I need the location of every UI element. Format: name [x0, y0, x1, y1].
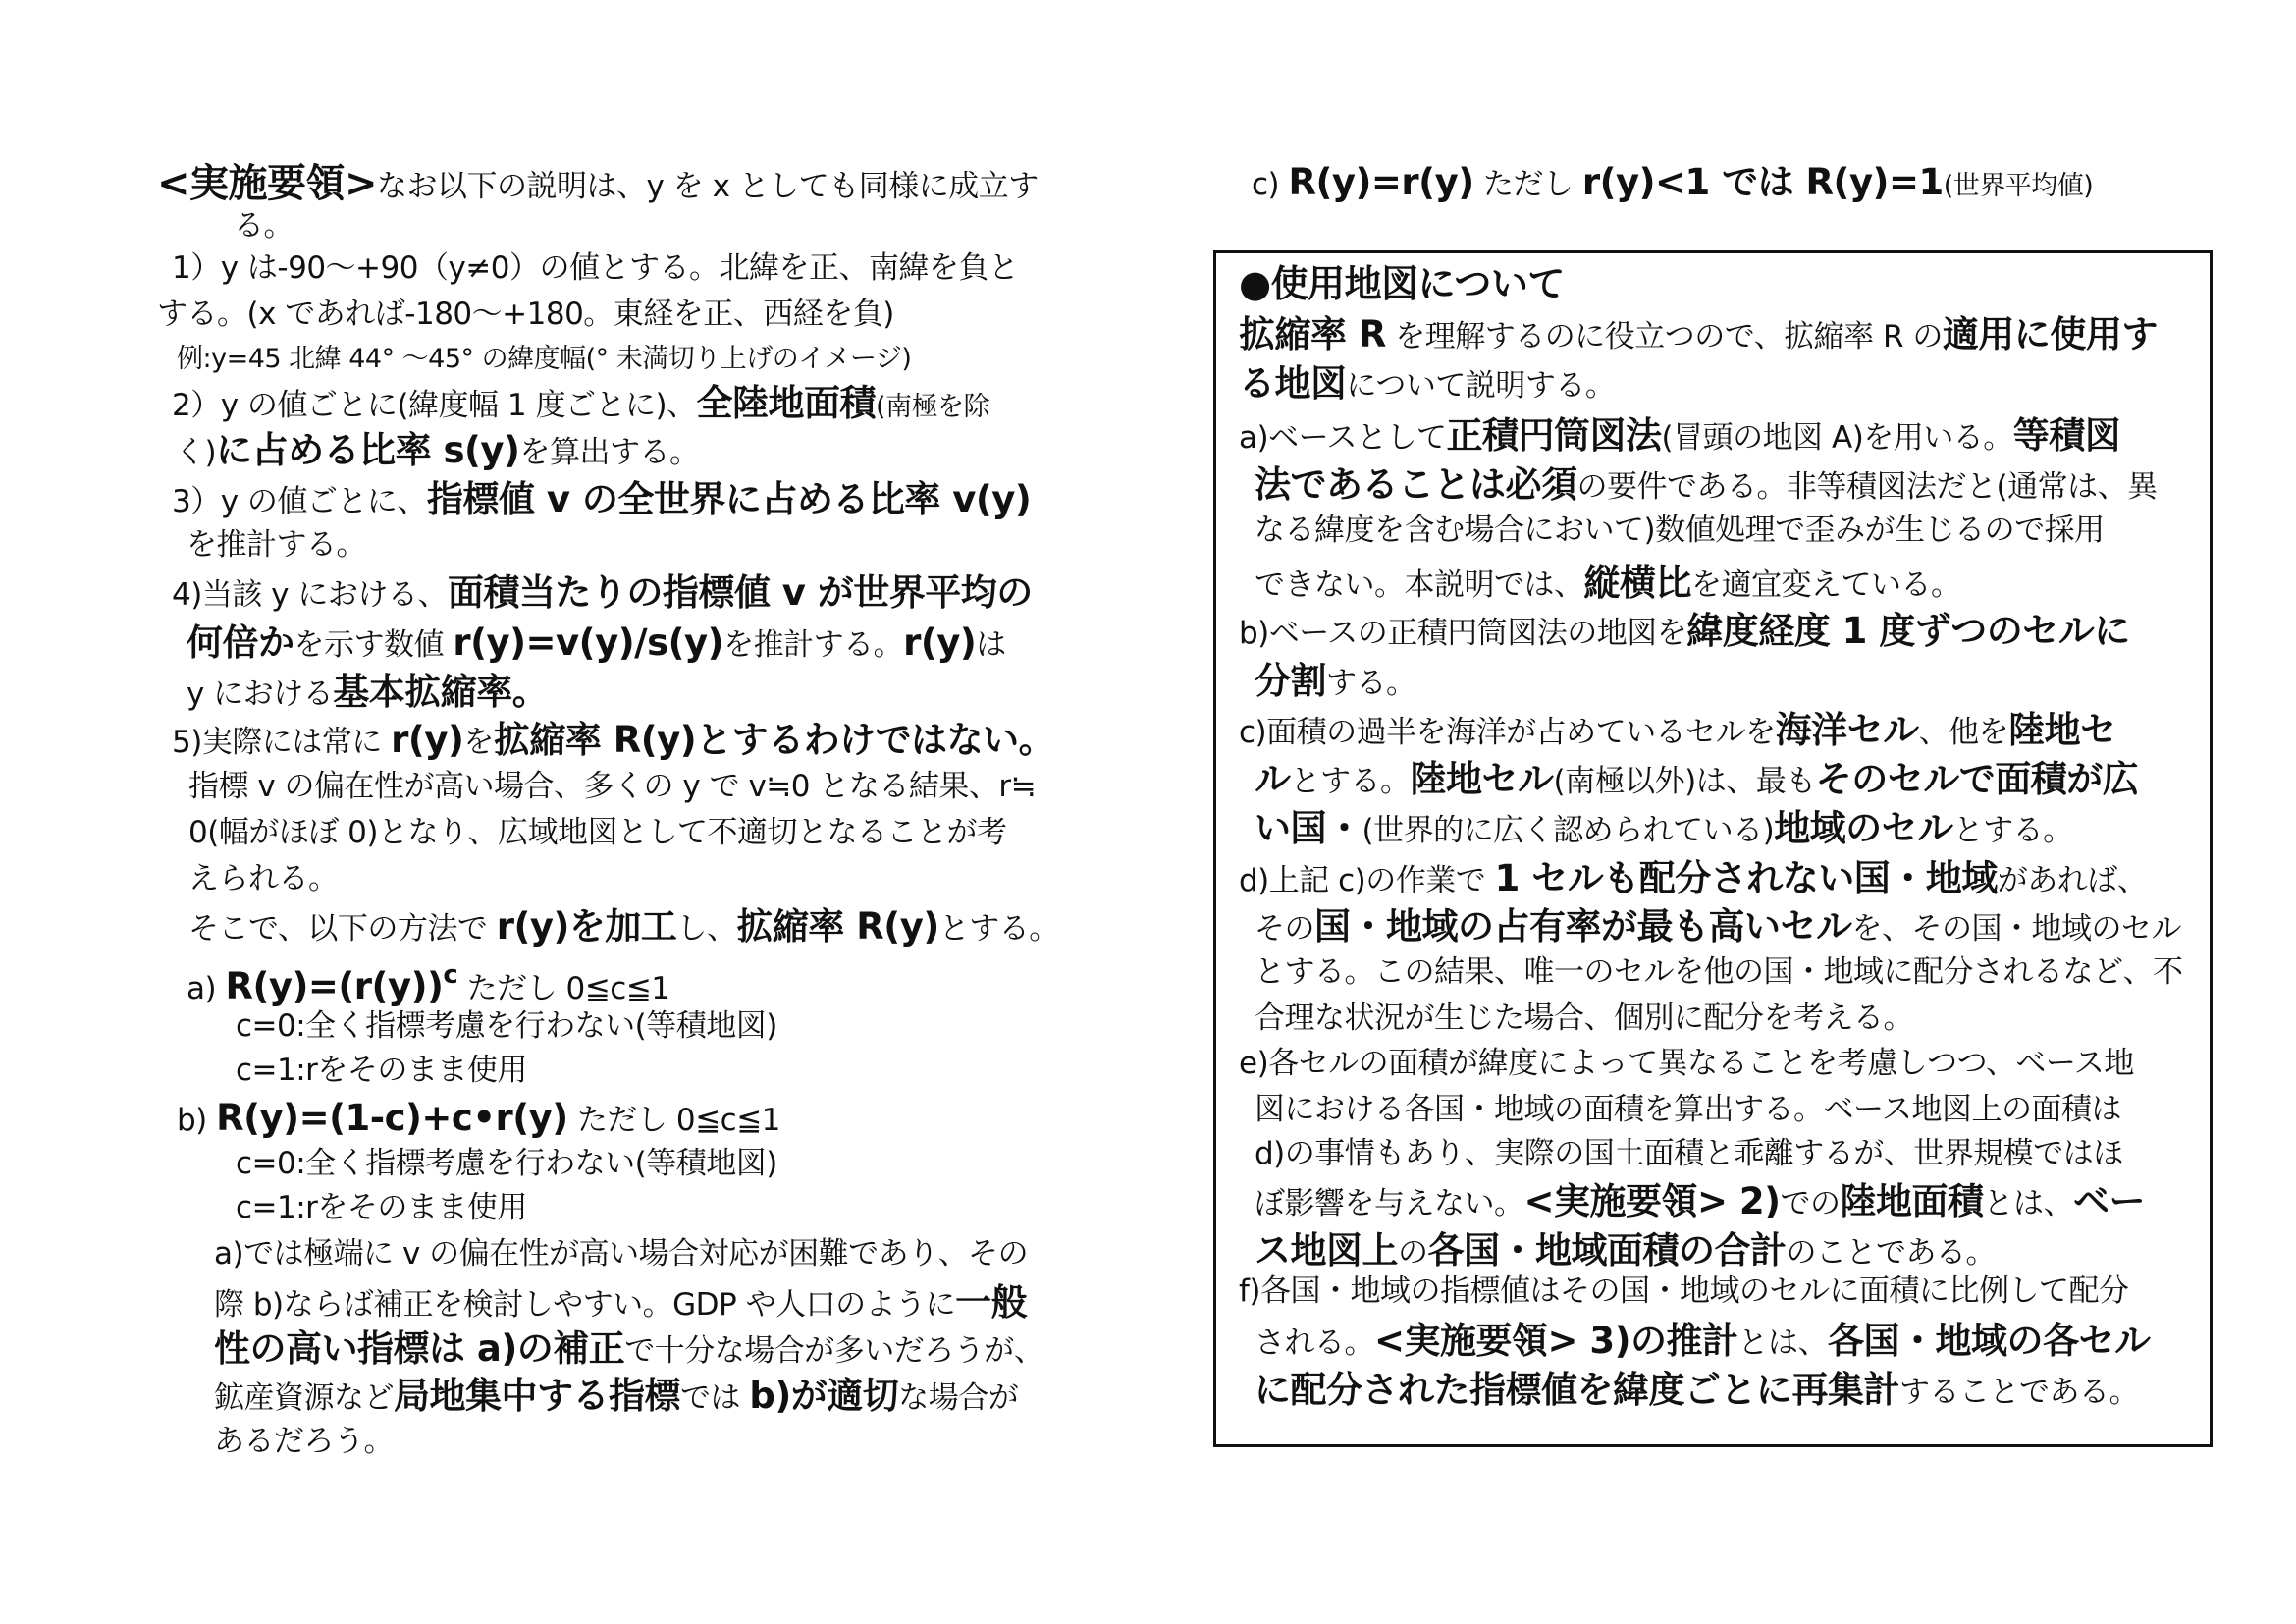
text-segment: 指標 v の偏在性が高い場合、多くの y で v≒0 となる結果、r≒	[188, 769, 1036, 804]
text-line: a)ベースとして正積円筒図法(冒頭の地図 A)を用いる。等積図	[1239, 417, 2120, 454]
emphasis-segment: 縦横比	[1584, 562, 1692, 604]
document-page: <実施要領>なお以下の説明は、y を x としても同様に成立する。1）y は-9…	[0, 0, 2296, 1624]
text-segment: あるだろう。	[214, 1424, 394, 1459]
text-segment: について説明する。	[1347, 368, 1616, 404]
text-line: その国・地域の占有率が最も高いセルを、その国・地域のセル	[1255, 908, 2181, 945]
text-line: とする。この結果、唯一のセルを他の国・地域に配分されるなど、不	[1255, 957, 2183, 988]
text-segment: 合理な状況が生じた場合、個別に配分を考える。	[1255, 1001, 1913, 1036]
text-line: する。(x であれば-180～+180。東経を正、西経を負)	[157, 299, 894, 330]
text-segment: (南極以外)は、最も	[1554, 764, 1816, 799]
text-line: く)に占める比率 s(y)を算出する。	[175, 432, 699, 468]
emphasis-segment: 各国・地域面積の合計	[1428, 1229, 1787, 1272]
text-segment: があれば、	[1998, 863, 2148, 898]
emphasis-segment: <実施要領> 3)の推計	[1374, 1320, 1738, 1362]
text-segment: を適宜変えている。	[1691, 568, 1961, 603]
map-usage-heading: ●使用地図について	[1239, 265, 1565, 302]
text-line: る。	[234, 211, 294, 242]
text-line: できない。本説明では、縦横比を適宜変えている。	[1255, 565, 1961, 601]
text-line: d)の事情もあり、実際の国土面積と乖離するが、世界規模ではほ	[1255, 1139, 2123, 1169]
emphasis-segment: 国・地域の占有率が最も高いセル	[1314, 905, 1852, 947]
text-line: 拡縮率 R を理解するのに役立つので、拡縮率 R の適用に使用す	[1239, 316, 2158, 352]
text-segment: する。	[1326, 666, 1416, 701]
text-segment: を	[463, 725, 494, 760]
emphasis-segment: 面積当たりの指標値 v が世界平均の	[448, 571, 1033, 614]
emphasis-segment: そのセルで面積が広	[1816, 758, 2139, 800]
text-segment: する。(x であれば-180～+180。東経を正、西経を負)	[157, 297, 894, 332]
text-line: 2）y の値ごとに(緯度幅 1 度ごとに)、全陸地面積(南極を除	[172, 385, 989, 421]
text-segment: の	[1398, 1235, 1428, 1271]
text-line: い国・(世界的に広く認められている)地域のセルとする。	[1255, 810, 2073, 846]
text-segment: できない。本説明では、	[1255, 568, 1584, 603]
text-segment: (世界平均値)	[1944, 171, 2094, 201]
text-line: ス地図上の各国・地域面積の合計のことである。	[1255, 1232, 1996, 1269]
text-segment: 3）y の値ごとに、	[172, 484, 427, 519]
text-segment: 0(幅がほぼ 0)となり、広域地図として不適切となることが考	[188, 815, 1007, 850]
text-segment: ただし 0≦c≦1	[457, 971, 669, 1006]
text-line: ぼ影響を与えない。<実施要領> 2)での陸地面積とは、ベー	[1255, 1183, 2145, 1219]
text-segment: a)ベースとして	[1239, 420, 1447, 456]
text-line: <実施要領>なお以下の説明は、y を x としても同様に成立す	[157, 164, 1039, 203]
emphasis-segment: 一般	[955, 1281, 1027, 1324]
text-segment: b)ベースの正積円筒図法の地図を	[1239, 616, 1686, 651]
emphasis-segment: 地域のセル	[1774, 807, 1953, 849]
emphasis-segment: 拡縮率 R(y)	[736, 905, 938, 947]
emphasis-segment: る地図	[1239, 362, 1347, 405]
text-line: 指標 v の偏在性が高い場合、多くの y で v≒0 となる結果、r≒	[188, 772, 1036, 802]
text-segment: そこで、以下の方法で	[188, 911, 497, 947]
text-line: えられる。	[188, 864, 339, 894]
emphasis-segment: 1 セルも配分されない国・地域	[1495, 857, 1998, 899]
text-segment: とは、	[1738, 1326, 1829, 1361]
text-segment: 鉱産資源など	[214, 1380, 394, 1416]
emphasis-segment: い国・	[1255, 807, 1362, 849]
text-line: 法であることは必須の要件である。非等積図法だと(通常は、異	[1255, 466, 2158, 503]
text-segment: とする。	[1291, 764, 1411, 799]
text-line: c=0:全く指標考慮を行わない(等積地図)	[236, 1011, 777, 1042]
text-segment: c)面積の過半を海洋が占めているセルを	[1239, 715, 1776, 750]
text-segment: 2）y の値ごとに(緯度幅 1 度ごとに)、	[172, 388, 697, 423]
text-segment: c=1:rをそのまま使用	[236, 1190, 527, 1225]
text-segment: を理解するのに役立つので、拡縮率 R の	[1386, 319, 1943, 354]
text-line: a) R(y)=(r(y))c ただし 0≦c≦1	[187, 962, 669, 1004]
text-line: a)では極端に v の偏在性が高い場合対応が困難であり、その	[214, 1239, 1028, 1270]
text-segment: を、その国・地域のセル	[1852, 911, 2182, 947]
text-segment: d)の事情もあり、実際の国土面積と乖離するが、世界規模ではほ	[1255, 1136, 2123, 1171]
text-segment: を算出する。	[519, 435, 699, 470]
emphasis-segment: r(y)<1 では R(y)=1	[1582, 161, 1944, 203]
emphasis-segment: c	[443, 960, 457, 990]
emphasis-segment: 拡縮率 R	[1239, 313, 1386, 355]
text-segment: b)	[177, 1103, 216, 1138]
text-segment: a)では極端に v の偏在性が高い場合対応が困難であり、その	[214, 1236, 1028, 1272]
text-segment: の要件である。非等積図法だと(通常は、異	[1577, 469, 2158, 505]
text-segment: y における	[187, 677, 333, 712]
text-line: b)ベースの正積円筒図法の地図を緯度経度 1 度ずつのセルに	[1239, 613, 2130, 649]
emphasis-segment: 陸地セル	[1411, 758, 1554, 800]
text-segment: での	[1781, 1186, 1841, 1221]
text-segment: る。	[234, 208, 294, 244]
emphasis-segment: 各国・地域の各セル	[1828, 1320, 2151, 1362]
emphasis-segment: に配分された指標値を緯度ごとに再集計	[1255, 1369, 1899, 1411]
text-segment: な場合が	[898, 1380, 1018, 1416]
text-segment: される。	[1255, 1326, 1374, 1361]
text-line: e)各セルの面積が緯度によって異なることを考慮しつつ、ベース地	[1239, 1049, 2134, 1079]
text-line: 4)当該 y における、面積当たりの指標値 v が世界平均の	[172, 574, 1033, 611]
text-segment: とは、	[1984, 1186, 2074, 1221]
text-segment: 図における各国・地域の面積を算出する。ベース地図上の面積は	[1255, 1092, 2121, 1127]
text-line: そこで、以下の方法で r(y)を加工し、拡縮率 R(y)とする。	[188, 908, 1059, 945]
text-segment: 1）y は-90～+90（y≠0）の値とする。北緯を正、南緯を負と	[172, 250, 1019, 286]
emphasis-segment: 陸地面積	[1841, 1180, 1984, 1222]
text-segment: (南極を除	[876, 392, 989, 422]
text-segment: d)上記 c)の作業で	[1239, 863, 1495, 898]
text-line: 5)実際には常に r(y)を拡縮率 R(y)とするわけではない。	[172, 722, 1054, 758]
text-segment: を推計する。	[187, 527, 366, 563]
text-line: 1）y は-90～+90（y≠0）の値とする。北緯を正、南緯を負と	[172, 253, 1019, 284]
text-line: に配分された指標値を緯度ごとに再集計することである。	[1255, 1372, 2139, 1408]
emphasis-segment: 法であることは必須	[1255, 463, 1577, 506]
text-line: y における基本拡縮率。	[187, 674, 548, 710]
text-line: b) R(y)=(1-c)+c•r(y) ただし 0≦c≦1	[177, 1100, 780, 1136]
emphasis-segment: ベー	[2073, 1180, 2145, 1222]
text-line: d)上記 c)の作業で 1 セルも配分されない国・地域があれば、	[1239, 860, 2147, 896]
text-line: る地図について説明する。	[1239, 365, 1615, 402]
emphasis-segment: 何倍か	[187, 622, 294, 664]
text-segment: えられる。	[188, 861, 339, 896]
emphasis-segment: r(y)	[391, 719, 463, 761]
text-segment: 例:y=45 北緯 44° ～45° の緯度幅(° 未満切り上げのイメージ)	[177, 344, 911, 374]
emphasis-segment: r(y)=v(y)/s(y)	[453, 622, 723, 664]
text-line: c=1:rをそのまま使用	[236, 1193, 527, 1223]
text-line: 合理な状況が生じた場合、個別に配分を考える。	[1255, 1003, 1913, 1034]
text-segment: なる緯度を含む場合において)数値処理で歪みが生じるので採用	[1255, 513, 2105, 548]
emphasis-segment: 拡縮率 R(y)とするわけではない。	[494, 719, 1054, 761]
text-segment: のことである。	[1787, 1235, 1997, 1271]
emphasis-segment: R(y)=r(y)	[1289, 161, 1474, 203]
emphasis-segment: <実施要領> 2)	[1524, 1180, 1781, 1222]
emphasis-segment: 等積図	[2013, 414, 2121, 457]
emphasis-segment: ス地図上	[1255, 1229, 1398, 1272]
text-segment: f)各国・地域の指標値はその国・地域のセルに面積に比例して配分	[1239, 1273, 2129, 1309]
text-segment: c=0:全く指標考慮を行わない(等積地図)	[236, 1146, 777, 1181]
text-segment: することである。	[1899, 1375, 2139, 1410]
emphasis-segment: に占める比率 s(y)	[216, 429, 519, 471]
emphasis-segment: r(y)を加工	[497, 905, 677, 947]
text-line: なる緯度を含む場合において)数値処理で歪みが生じるので採用	[1255, 515, 2105, 546]
text-segment: とする。この結果、唯一のセルを他の国・地域に配分されるなど、不	[1255, 954, 2183, 990]
text-line: c=0:全く指標考慮を行わない(等積地図)	[236, 1149, 777, 1179]
emphasis-segment: r(y)	[903, 622, 976, 664]
text-segment: 4)当該 y における、	[172, 577, 448, 613]
text-line: を推計する。	[187, 530, 366, 561]
text-line: 0(幅がほぼ 0)となり、広域地図として不適切となることが考	[188, 818, 1007, 848]
text-line: 鉱産資源など局地集中する指標では b)が適切な場合が	[214, 1378, 1018, 1414]
text-line: f)各国・地域の指標値はその国・地域のセルに面積に比例して配分	[1239, 1276, 2129, 1307]
emphasis-segment: 陸地セ	[2008, 709, 2116, 751]
text-segment: ただし	[1474, 167, 1582, 202]
text-line: あるだろう。	[214, 1427, 394, 1457]
emphasis-segment: ル	[1255, 758, 1291, 800]
text-segment: 5)実際には常に	[172, 725, 391, 760]
text-line: c=1:rをそのまま使用	[236, 1056, 527, 1086]
text-segment: ただし 0≦c≦1	[568, 1103, 780, 1138]
emphasis-segment: R(y)=(1-c)+c•r(y)	[216, 1097, 568, 1139]
emphasis-segment: 基本拡縮率。	[333, 671, 548, 713]
text-segment: c=0:全く指標考慮を行わない(等積地図)	[236, 1008, 777, 1044]
emphasis-segment: 全陸地面積	[697, 382, 877, 424]
emphasis-segment: 性の高い指標は a)の補正	[214, 1327, 624, 1370]
text-segment: a)	[187, 971, 225, 1006]
text-segment: c)	[1252, 167, 1289, 202]
text-line: 何倍かを示す数値 r(y)=v(y)/s(y)を推計する。r(y)は	[187, 624, 1006, 661]
text-line: 性の高い指標は a)の補正で十分な場合が多いだろうが、	[214, 1330, 1043, 1367]
text-segment: (冒頭の地図 A)を用いる。	[1662, 420, 2013, 456]
text-segment: 際 b)ならば補正を検討しやすい。GDP や人口のように	[214, 1287, 955, 1323]
emphasis-segment: 海洋セル	[1776, 709, 1919, 751]
emphasis-segment: 緯度経度 1 度ずつのセルに	[1686, 610, 2130, 652]
emphasis-segment: 局地集中する指標	[394, 1375, 680, 1417]
text-segment: は	[976, 627, 1006, 663]
text-segment: 、他を	[1919, 715, 2009, 750]
text-line: 3）y の値ごとに、指標値 v の全世界に占める比率 v(y)	[172, 481, 1031, 517]
text-line: 分割する。	[1255, 663, 1416, 699]
text-segment: く)	[175, 435, 216, 470]
text-line: 際 b)ならば補正を検討しやすい。GDP や人口のように一般	[214, 1284, 1027, 1321]
text-line: c)面積の過半を海洋が占めているセルを海洋セル、他を陸地セ	[1239, 712, 2116, 748]
emphasis-segment: 指標値 v の全世界に占める比率 v(y)	[427, 478, 1031, 520]
text-segment: e)各セルの面積が緯度によって異なることを考慮しつつ、ベース地	[1239, 1046, 2134, 1081]
text-segment: その	[1255, 911, 1314, 947]
emphasis-segment: b)が適切	[749, 1375, 898, 1417]
text-segment: なお以下の説明は、y を x としても同様に成立す	[377, 169, 1039, 204]
text-segment: を推計する。	[723, 627, 903, 663]
text-segment: で十分な場合が多いだろうが、	[624, 1333, 1043, 1369]
text-segment: し、	[676, 911, 736, 947]
emphasis-segment: <実施要領>	[157, 161, 377, 206]
text-line: 図における各国・地域の面積を算出する。ベース地図上の面積は	[1255, 1095, 2121, 1125]
text-segment: とする。	[939, 911, 1059, 947]
emphasis-segment: 適用に使用す	[1943, 313, 2158, 355]
emphasis-segment: R(y)=(r(y))	[225, 965, 443, 1007]
text-line: c) R(y)=r(y) ただし r(y)<1 では R(y)=1(世界平均値)	[1252, 164, 2093, 200]
emphasis-segment: 正積円筒図法	[1447, 414, 1662, 457]
text-segment: ぼ影響を与えない。	[1255, 1186, 1524, 1221]
text-segment: c=1:rをそのまま使用	[236, 1053, 527, 1088]
text-line: 例:y=45 北緯 44° ～45° の緯度幅(° 未満切り上げのイメージ)	[177, 346, 911, 372]
text-segment: とする。	[1953, 813, 2073, 848]
text-segment: (世界的に広く認められている)	[1362, 813, 1775, 848]
text-segment: では	[680, 1380, 749, 1416]
text-line: される。<実施要領> 3)の推計とは、各国・地域の各セル	[1255, 1323, 2151, 1359]
text-line: ルとする。陸地セル(南極以外)は、最もそのセルで面積が広	[1255, 761, 2138, 797]
emphasis-segment: 分割	[1255, 660, 1326, 702]
text-segment: を示す数値	[294, 627, 454, 663]
